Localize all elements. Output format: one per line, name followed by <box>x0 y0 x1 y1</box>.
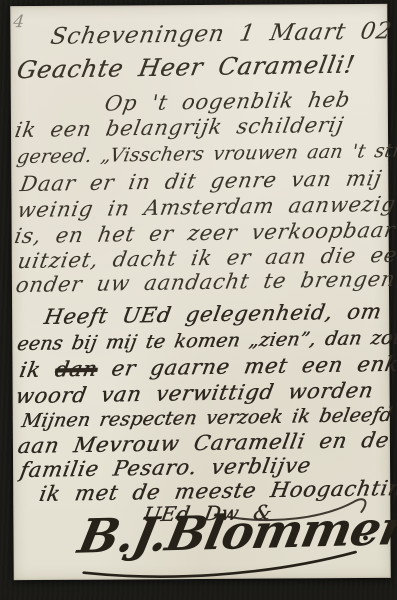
body-line: Op 't oogenblik heb <box>103 88 353 116</box>
strike-line-post: er gaarne met een enkel <box>110 351 397 380</box>
strike-line-pre: ik <box>18 358 43 382</box>
paper: 4 Scheveningen 1 Maart 02 Geachte Heer C… <box>10 4 390 580</box>
letter-scan: 4 Scheveningen 1 Maart 02 Geachte Heer C… <box>0 0 397 600</box>
body-line: weinig in Amsterdam aanwezig <box>16 192 397 222</box>
page-number-annotation: 4 <box>12 12 25 32</box>
body-line: aan Mevrouw Caramelli en de <box>16 428 391 458</box>
body-line: gereed. „Visschers vrouwen aan 't strand… <box>15 139 397 168</box>
body-line: woord van verwittigd worden <box>14 378 376 408</box>
place-date-line: Scheveningen 1 Maart 02 <box>49 18 395 50</box>
body-line: onder uw aandacht te brengen <box>14 267 397 297</box>
signature: B.J.Blommers. <box>74 500 397 565</box>
body-line: Heeft UEd gelegenheid, om <box>42 299 384 329</box>
strikethrough-word: dan <box>53 357 99 382</box>
body-line-with-strikethrough: ik dan er gaarne met een enkel <box>18 351 397 382</box>
body-line: Daar er in dit genre van mij <box>18 166 384 196</box>
body-line: eens bij mij te komen „zien”, dan zoude <box>15 326 397 355</box>
salutation-line: Geachte Heer Caramelli! <box>15 51 358 85</box>
body-line: ik een belangrijk schilderij <box>13 113 346 142</box>
